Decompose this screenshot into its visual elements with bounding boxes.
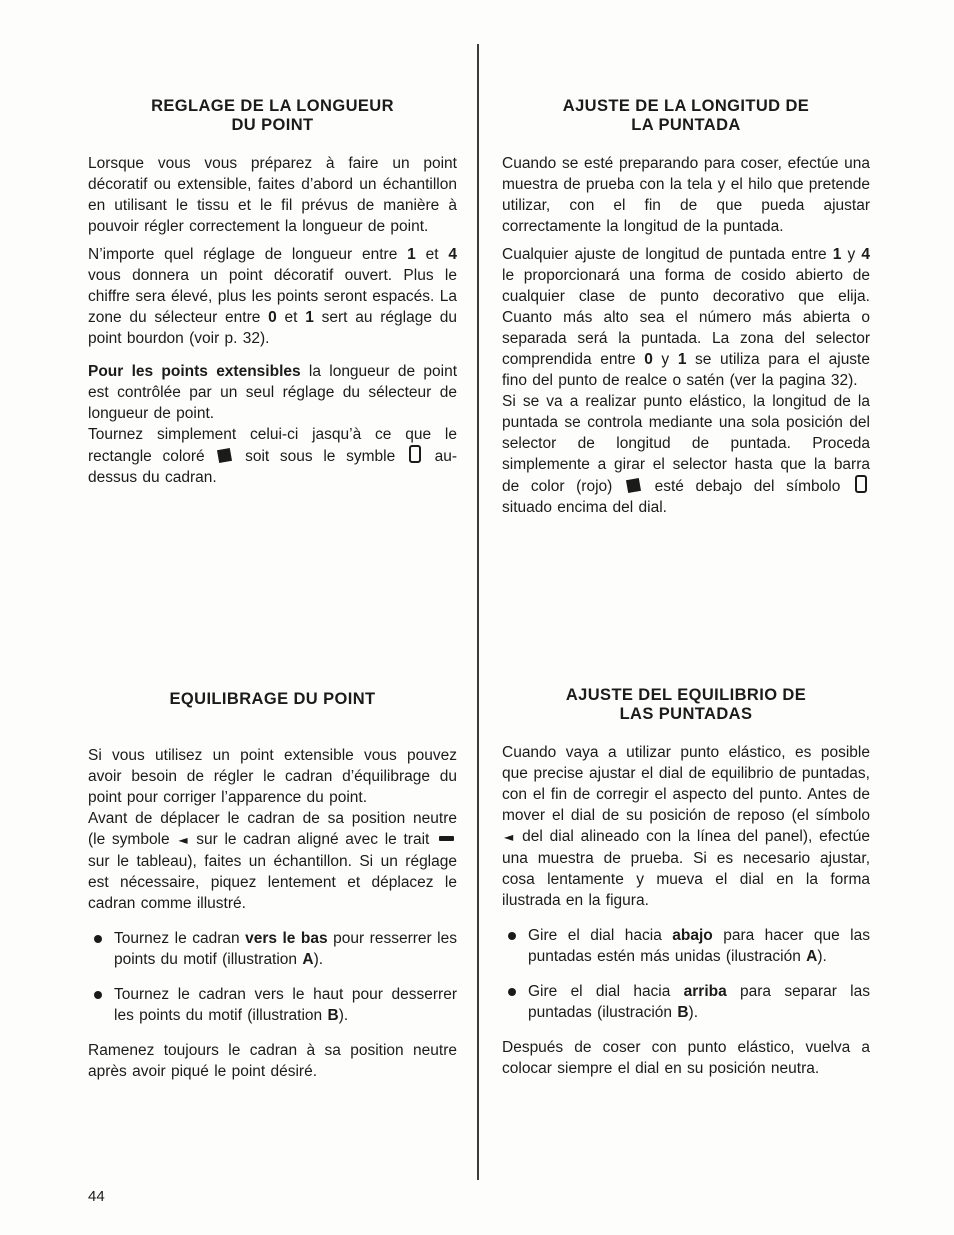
section-heading-es-stitch-length: AJUSTE DE LA LONGITUD DELA PUNTADA — [502, 97, 870, 135]
bullet-text: Gire el dial hacia arriba para separar l… — [528, 981, 870, 1023]
paragraph: Ramenez toujours le cadran à sa position… — [88, 1040, 457, 1082]
section-heading-fr-stitch-length: REGLAGE DE LA LONGUEURDU POINT — [88, 97, 457, 135]
bold-text: B — [677, 1004, 688, 1021]
bullet-icon — [94, 935, 102, 943]
bullet-item: Tournez le cadran vers le bas pour resse… — [88, 928, 457, 970]
dash-bar-icon — [439, 836, 454, 841]
bullet-icon — [508, 988, 516, 996]
bold-text: arriba — [684, 983, 727, 1000]
page-number: 44 — [88, 1188, 105, 1205]
bold-text: 0 — [268, 309, 277, 326]
section-fr-stitch-balance: EQUILIBRAGE DU POINT Si vous utilisez un… — [88, 690, 457, 1082]
bullet-icon — [94, 991, 102, 999]
paragraph: Cuando vaya a utilizar punto elástico, e… — [502, 742, 870, 911]
section-heading-es-stitch-balance: AJUSTE DEL EQUILIBRIO DELAS PUNTADAS — [502, 686, 870, 724]
bullet-item: Tournez le cadran vers le haut pour dess… — [88, 984, 457, 1026]
column-divider-line — [477, 44, 479, 1180]
paragraph: N’importe quel réglage de longueur entre… — [88, 244, 457, 349]
paragraph: Después de coser con punto elástico, vue… — [502, 1037, 870, 1079]
section-body: Cuando vaya a utilizar punto elástico, e… — [502, 742, 870, 1079]
bullet-text: Gire el dial hacia abajo para hacer que … — [528, 925, 870, 967]
bullet-icon — [508, 932, 516, 940]
section-body: Cuando se esté preparando para coser, ef… — [502, 153, 870, 518]
bold-text: 0 — [644, 351, 653, 368]
bold-text: A — [302, 951, 313, 968]
section-es-stitch-balance: AJUSTE DEL EQUILIBRIO DELAS PUNTADAS Cua… — [502, 686, 870, 1079]
paragraph: Lorsque vous vous préparez à faire un po… — [88, 153, 457, 237]
bold-text: Pour les points extensibles — [88, 363, 301, 380]
section-es-stitch-length: AJUSTE DE LA LONGITUD DELA PUNTADA Cuand… — [502, 97, 870, 518]
paragraph: Si vous utilisez un point extensible vou… — [88, 745, 457, 808]
bold-text: A — [806, 948, 817, 965]
paragraph: Pour les points extensibles la longueur … — [88, 361, 457, 424]
left-triangle-icon: ◄ — [504, 827, 513, 848]
section-body: Lorsque vous vous préparez à faire un po… — [88, 153, 457, 488]
bold-text: abajo — [672, 927, 712, 944]
bold-text: vers le bas — [245, 930, 328, 947]
paragraph: Cualquier ajuste de longitud de puntada … — [502, 244, 870, 391]
bold-text: 1 — [678, 351, 687, 368]
open-rect-icon — [855, 475, 867, 493]
filled-square-icon — [217, 448, 232, 463]
bullet-item: Gire el dial hacia arriba para separar l… — [502, 981, 870, 1023]
bullet-item: Gire el dial hacia abajo para hacer que … — [502, 925, 870, 967]
open-rect-icon — [409, 445, 421, 463]
section-heading-fr-stitch-balance: EQUILIBRAGE DU POINT — [88, 690, 457, 709]
paragraph: Si se va a realizar punto elástico, la l… — [502, 391, 870, 518]
bullet-text: Tournez le cadran vers le bas pour resse… — [114, 928, 457, 970]
manual-page: REGLAGE DE LA LONGUEURDU POINT Lorsque v… — [0, 0, 954, 1235]
section-fr-stitch-length: REGLAGE DE LA LONGUEURDU POINT Lorsque v… — [88, 97, 457, 488]
bold-text: 1 — [407, 246, 416, 263]
bold-text: B — [327, 1007, 338, 1024]
bold-text: 1 — [833, 246, 842, 263]
filled-square-icon — [626, 478, 641, 493]
paragraph: Avant de déplacer le cadran de sa positi… — [88, 808, 457, 914]
bold-text: 4 — [861, 246, 870, 263]
section-body: Si vous utilisez un point extensible vou… — [88, 745, 457, 1082]
left-triangle-icon: ◄ — [178, 830, 187, 851]
paragraph: Cuando se esté preparando para coser, ef… — [502, 153, 870, 237]
paragraph: Tournez simplement celui-ci jasqu’à ce q… — [88, 424, 457, 488]
bullet-text: Tournez le cadran vers le haut pour dess… — [114, 984, 457, 1026]
bold-text: 4 — [448, 246, 457, 263]
bold-text: 1 — [305, 309, 314, 326]
